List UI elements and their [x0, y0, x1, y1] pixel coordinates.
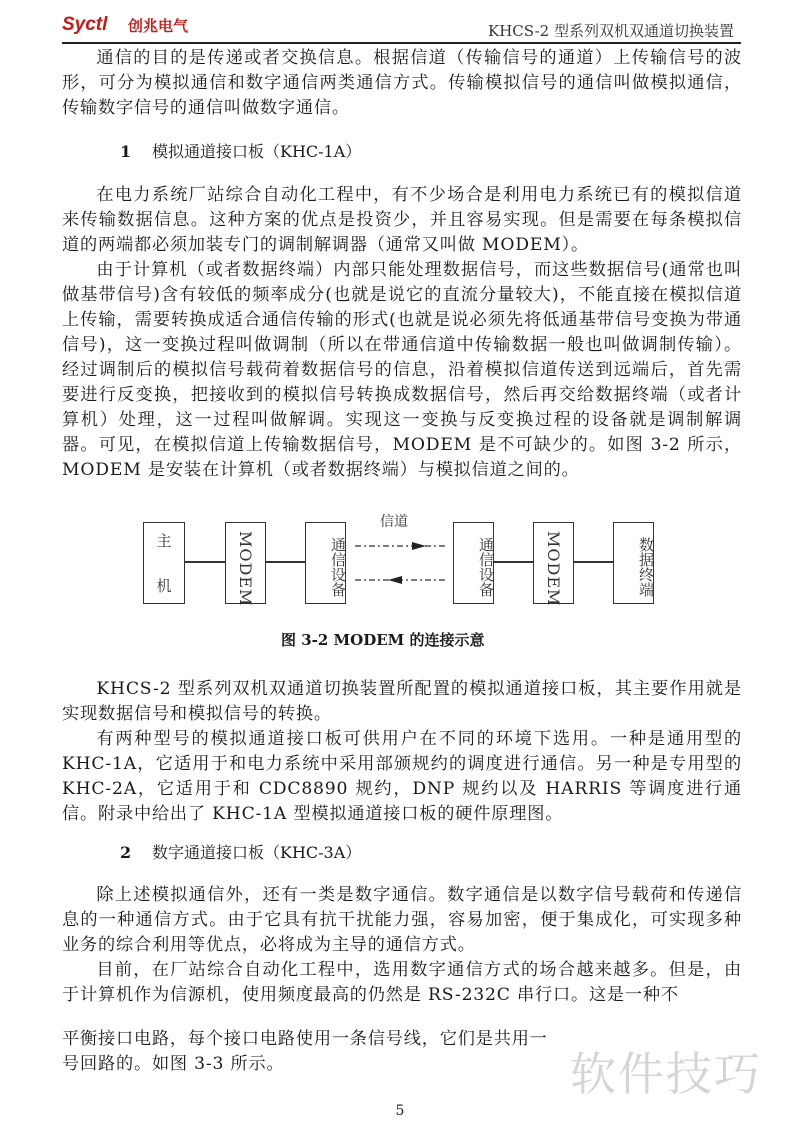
continuation-text: 平衡接口电路，每个接口电路使用一条信号线，它们是共用一 号回路的。如图 3-3 …	[62, 1027, 548, 1077]
modem-right-label: MODEM	[534, 523, 573, 603]
section-1-body: 在电力系统厂站综合自动化工程中，有不少场合是利用电力系统已有的模拟信道来传输数据…	[62, 183, 742, 483]
connector-line	[494, 561, 533, 563]
modem-left-box: MODEM	[225, 522, 266, 604]
connector-line	[185, 561, 225, 563]
section-2-body: 除上述模拟通信外，还有一类是数字通信。数字通信是以数字信号载荷和传递信息的一种通…	[62, 883, 742, 1008]
page-number: 5	[0, 1103, 800, 1119]
modem-left-label: MODEM	[226, 523, 265, 603]
continuation-line: 平衡接口电路，每个接口电路使用一条信号线，它们是共用一	[62, 1027, 548, 1052]
paragraph: 在电力系统厂站综合自动化工程中，有不少场合是利用电力系统已有的模拟信道来传输数据…	[62, 183, 742, 258]
section-1-heading: 1模拟通道接口板（KHC-1A）	[120, 139, 361, 162]
document-title: KHCS-2 型系列双机双通道切换装置	[488, 20, 734, 41]
section-1-after-body: KHCS-2 型系列双机双通道切换装置所配置的模拟通道接口板，其主要作用就是实现…	[62, 677, 742, 827]
data-terminal-label: 数据终端	[614, 523, 653, 603]
continuation-line: 号回路的。如图 3-3 所示。	[62, 1052, 548, 1077]
paragraph: KHCS-2 型系列双机双通道切换装置所配置的模拟通道接口板，其主要作用就是实现…	[62, 677, 742, 727]
section-2-number: 2	[120, 843, 152, 862]
section-1-number: 1	[120, 142, 152, 161]
arrow-left-icon	[388, 576, 402, 584]
connector-line	[574, 561, 613, 563]
figure-caption: 图 3-2 MODEM 的连接示意	[281, 629, 484, 650]
host-label-char: 机	[156, 575, 171, 596]
section-2-title: 数字通道接口板（KHC-3A）	[152, 843, 361, 862]
channel-arrows	[350, 535, 450, 595]
comm-device-right-label: 通信设备	[454, 523, 493, 603]
data-terminal-box: 数据终端	[613, 522, 654, 604]
watermark: 软件技巧	[570, 1038, 762, 1104]
host-box: 主 机	[143, 522, 185, 604]
comm-device-left-box: 通信设备	[305, 522, 346, 604]
modem-right-box: MODEM	[533, 522, 574, 604]
paragraph: 除上述模拟通信外，还有一类是数字通信。数字通信是以数字信号载荷和传递信息的一种通…	[62, 883, 742, 958]
section-2-heading: 2数字通道接口板（KHC-3A）	[120, 840, 361, 863]
paragraph: 有两种型号的模拟通道接口板可供用户在不同的环境下选用。一种是通用型的 KHC-1…	[62, 727, 742, 827]
host-label-char: 主	[156, 530, 171, 551]
arrow-right-icon	[412, 542, 426, 550]
comm-device-right-box: 通信设备	[453, 522, 494, 604]
section-1-title: 模拟通道接口板（KHC-1A）	[152, 142, 361, 161]
modem-connection-diagram: 主 机 MODEM 通信设备 信道 通信设备 MODEM 数据终端	[0, 505, 800, 615]
brand-logo: Syctl	[62, 14, 107, 36]
paragraph: 目前，在厂站综合自动化工程中，选用数字通信方式的场合越来越多。但是，由于计算机作…	[62, 958, 742, 1008]
intro-text: 通信的目的是传递或者交换信息。根据信道（传输信号的通道）上传输信号的波形，可分为…	[62, 46, 742, 121]
header-divider	[62, 42, 741, 44]
channel-label: 信道	[380, 511, 408, 531]
connector-line	[266, 561, 305, 563]
paragraph: 由于计算机（或者数据终端）内部只能处理数据信号，而这些数据信号(通常也叫做基带信…	[62, 258, 742, 483]
intro-paragraph: 通信的目的是传递或者交换信息。根据信道（传输信号的通道）上传输信号的波形，可分为…	[62, 46, 742, 121]
comm-device-left-label: 通信设备	[306, 523, 345, 603]
brand-logo-cn: 创兆电气	[128, 15, 188, 36]
